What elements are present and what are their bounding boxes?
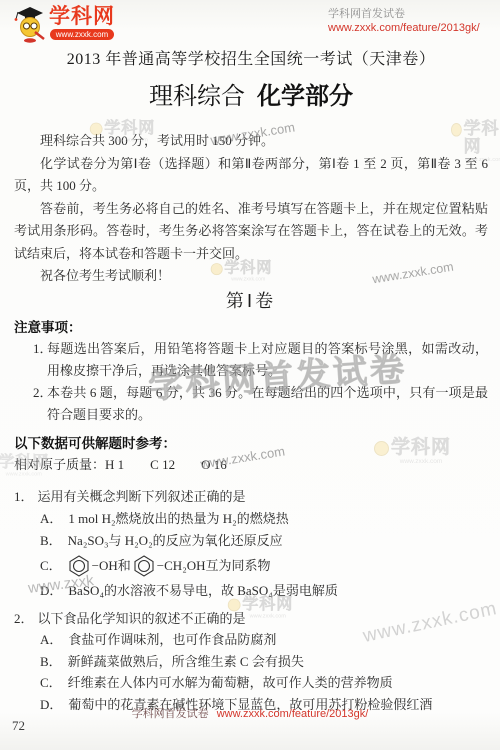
footer-source-label: 学科网首发试卷 bbox=[132, 708, 209, 720]
atomic-mass-line: 相对原子质量：H 1 C 12 O 16 bbox=[14, 454, 488, 476]
header-source-label: 学科网首发试卷 bbox=[328, 7, 488, 21]
exam-title: 2013 年普通高等学校招生全国统一考试（天津卷） bbox=[14, 50, 488, 70]
option-label: A． bbox=[40, 511, 62, 526]
option-label: B． bbox=[40, 654, 62, 669]
note-2-text: 本卷共 6 题，每题 6 分，共 36 分。在每题给出的四个选项中，只有一项是最… bbox=[47, 385, 488, 422]
option-c-conjunction: 和 bbox=[118, 555, 131, 577]
benzene-ring-icon bbox=[67, 555, 91, 577]
intro-section: 理科综合共 300 分，考试用时 150 分钟。 化学试卷分为第Ⅰ卷（选择题）和… bbox=[14, 130, 488, 288]
mascot-icon bbox=[14, 4, 46, 44]
question-2-stem-text: 以下食品化学知识的叙述不正确的是 bbox=[38, 611, 246, 626]
question-2-stem: 2．以下食品化学知识的叙述不正确的是 bbox=[14, 608, 488, 630]
note-item-1: 1．每题选出答案后，用铅笔将答题卡上对应题目的答案标号涂黑，如需改动，用橡皮擦干… bbox=[14, 338, 488, 382]
option-label: C． bbox=[40, 555, 62, 577]
question-2-option-b: B．新鲜蔬菜做熟后，所含维生素 C 会有损失 bbox=[40, 651, 488, 673]
notes-title: 注意事项： bbox=[14, 318, 488, 338]
option-c-group-2: −CH₂OH bbox=[157, 555, 206, 577]
question-1-option-d: D．BaSO₄的水溶液不易导电，故 BaSO₄是弱电解质 bbox=[40, 580, 488, 602]
subtitle-part1: 理科综合 bbox=[149, 84, 245, 110]
intro-paragraph-3: 答卷前，考生务必将自己的姓名、准考号填写在答题卡上，并在规定位置粘贴考试用条形码… bbox=[14, 198, 488, 266]
header-source-block: 学科网首发试卷 www.zxxk.com/feature/2013gk/ bbox=[328, 4, 488, 35]
question-1-option-b: B．Na₂SO₃与 H₂O₂的反应为氧化还原反应 bbox=[40, 530, 488, 552]
question-1-stem: 1．运用有关概念判断下列叙述正确的是 bbox=[14, 486, 488, 508]
page-footer: 学科网首发试卷www.zxxk.com/feature/2013gk/ bbox=[0, 705, 500, 721]
benzene-ring-icon bbox=[132, 555, 156, 577]
exam-paper-page: 学科网 www.zxxk.com 学科网首发试卷 www.zxxk.com/fe… bbox=[0, 0, 500, 750]
option-text: 1 mol H₂燃烧放出的热量为 H₂的燃烧热 bbox=[68, 511, 288, 526]
section-heading: 第Ⅰ卷 bbox=[14, 288, 488, 314]
option-c-group-1: −OH bbox=[92, 555, 118, 577]
question-1-option-a: A．1 mol H₂燃烧放出的热量为 H₂的燃烧热 bbox=[40, 508, 488, 530]
atomic-mass-values: H 1 C 12 O 16 bbox=[105, 457, 227, 472]
page-number: 72 bbox=[12, 718, 25, 734]
footer-source-link[interactable]: www.zxxk.com/feature/2013gk/ bbox=[217, 708, 369, 720]
question-1-stem-text: 运用有关概念判断下列叙述正确的是 bbox=[38, 489, 246, 504]
page-header: 学科网 www.zxxk.com 学科网首发试卷 www.zxxk.com/fe… bbox=[14, 4, 488, 48]
option-text: Na₂SO₃与 H₂O₂的反应为氧化还原反应 bbox=[68, 533, 283, 548]
header-source-link[interactable]: www.zxxk.com/feature/2013gk/ bbox=[328, 21, 488, 35]
option-label: D． bbox=[40, 583, 62, 598]
option-c-tail: 互为同系物 bbox=[206, 555, 271, 577]
note-2-number: 2． bbox=[33, 382, 53, 404]
question-1: 1．运用有关概念判断下列叙述正确的是 A．1 mol H₂燃烧放出的热量为 H₂… bbox=[14, 486, 488, 602]
intro-paragraph-4: 祝各位考生考试顺利！ bbox=[14, 265, 488, 288]
reference-data-title: 以下数据可供解题时参考： bbox=[14, 434, 488, 454]
option-text: BaSO₄的水溶液不易导电，故 BaSO₄是弱电解质 bbox=[68, 583, 337, 598]
brand-name: 学科网 bbox=[49, 6, 115, 28]
option-label: C． bbox=[40, 675, 62, 690]
brand-url[interactable]: www.zxxk.com bbox=[50, 29, 114, 40]
question-1-number: 1． bbox=[14, 489, 34, 504]
question-2-number: 2． bbox=[14, 611, 34, 626]
zxxk-logo: 学科网 www.zxxk.com bbox=[14, 4, 115, 44]
intro-paragraph-1: 理科综合共 300 分，考试用时 150 分钟。 bbox=[14, 130, 488, 153]
exam-subtitle: 理科综合化学部分 bbox=[14, 82, 488, 112]
option-text: 纤维素在人体内可水解为葡萄糖，故可作人类的营养物质 bbox=[68, 675, 393, 690]
intro-paragraph-2: 化学试卷分为第Ⅰ卷（选择题）和第Ⅱ卷两部分，第Ⅰ卷 1 至 2 页，第Ⅱ卷 3 … bbox=[14, 153, 488, 198]
option-text: 食盐可作调味剂，也可作食品防腐剂 bbox=[68, 632, 276, 647]
subtitle-part2: 化学部分 bbox=[257, 84, 353, 110]
note-1-number: 1． bbox=[33, 338, 53, 360]
question-1-option-c: C． −OH 和 −CH₂OH 互为同系物 bbox=[40, 552, 488, 580]
note-item-2: 2．本卷共 6 题，每题 6 分，共 36 分。在每题给出的四个选项中，只有一项… bbox=[14, 382, 488, 426]
option-text: 新鲜蔬菜做熟后，所含维生素 C 会有损失 bbox=[68, 654, 304, 669]
question-2: 2．以下食品化学知识的叙述不正确的是 A．食盐可作调味剂，也可作食品防腐剂 B．… bbox=[14, 608, 488, 716]
atomic-mass-label: 相对原子质量： bbox=[14, 457, 105, 472]
question-2-option-a: A．食盐可作调味剂，也可作食品防腐剂 bbox=[40, 629, 488, 651]
option-label: A． bbox=[40, 632, 62, 647]
question-2-option-c: C．纤维素在人体内可水解为葡萄糖，故可作人类的营养物质 bbox=[40, 672, 488, 694]
note-1-text: 每题选出答案后，用铅笔将答题卡上对应题目的答案标号涂黑，如需改动，用橡皮擦干净后… bbox=[47, 341, 488, 378]
option-label: B． bbox=[40, 533, 62, 548]
